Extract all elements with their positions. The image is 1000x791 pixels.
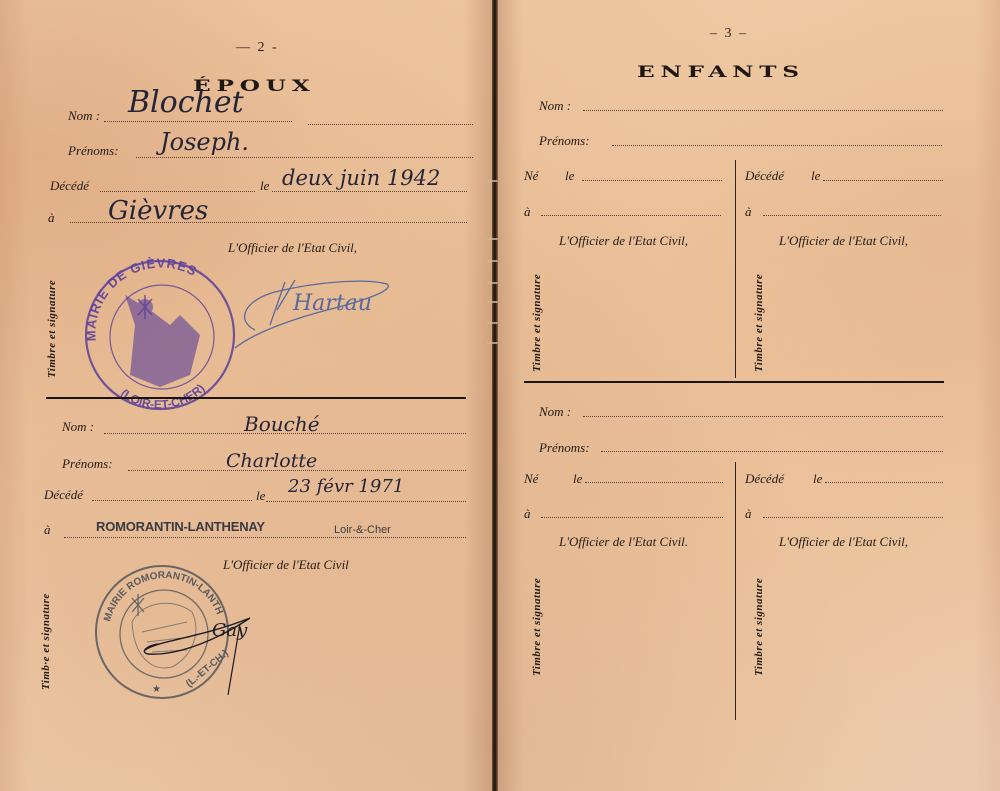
- prenoms-line: [601, 451, 943, 452]
- nom-line-2: [308, 124, 473, 125]
- a-label: à: [44, 522, 51, 538]
- livret-de-famille-spread: — 2 - ÉPOUX Nom : Blochet Prénoms: Josep…: [0, 0, 1000, 791]
- ne-a-label: à: [524, 506, 531, 522]
- ne-le-label: le: [573, 471, 582, 487]
- nom-label: Nom :: [539, 98, 571, 114]
- place-line: [64, 537, 466, 538]
- birth-place-line: [541, 517, 723, 518]
- wife-death-place: ROMORANTIN-LANTHENAY: [96, 519, 265, 534]
- decede-line: [92, 500, 252, 501]
- death-place-line: [763, 215, 941, 216]
- birth-date-line: [582, 180, 722, 181]
- husband-firstname: Joseph.: [160, 128, 249, 156]
- ne-a-label: à: [524, 204, 531, 220]
- stamp-side-label-left: Timbre et signature: [531, 578, 543, 676]
- right-page: – 3 – ENFANTS Nom : Prénoms: Né le Décéd…: [497, 0, 1000, 791]
- stamp-side-label-right: Timbre et signature: [753, 274, 765, 372]
- officer-label: L'Officier de l'Etat Civil: [223, 557, 349, 573]
- left-page: — 2 - ÉPOUX Nom : Blochet Prénoms: Josep…: [0, 0, 493, 791]
- nom-line: [104, 121, 292, 122]
- decede-line: [100, 191, 255, 192]
- date-line: [272, 191, 467, 192]
- death-date-line: [825, 482, 943, 483]
- column-divider: [735, 160, 736, 378]
- decede-le-label: le: [813, 471, 822, 487]
- prenoms-line: [612, 145, 942, 146]
- decede-label: Décédé: [745, 168, 784, 184]
- signature-text: Hartau: [292, 291, 372, 316]
- decede-label: Décédé: [50, 178, 89, 194]
- husband-death-place: Gièvres: [108, 196, 208, 226]
- stamp-side-label: Timbre et signature: [46, 280, 58, 378]
- page-number: — 2 -: [236, 40, 279, 56]
- stamp-side-label-left: Timbre et signature: [531, 274, 543, 372]
- signature-hartau-icon: Hartau: [215, 270, 395, 350]
- death-date-line: [823, 180, 943, 181]
- decede-a-label: à: [745, 204, 752, 220]
- officer-left-label: L'Officier de l'Etat Civil.: [559, 534, 688, 550]
- husband-surname: Blochet: [128, 85, 244, 120]
- prenoms-label: Prénoms:: [68, 143, 119, 159]
- wife-surname: Bouché: [244, 412, 320, 436]
- nom-label: Nom :: [539, 404, 571, 420]
- prenoms-line: [136, 157, 473, 158]
- ne-label: Né: [524, 168, 538, 184]
- wife-death-date: 23 févr 1971: [288, 476, 404, 497]
- signature-text: Gay: [212, 620, 248, 641]
- nom-label: Nom :: [62, 419, 94, 435]
- prenoms-label: Prénoms:: [539, 440, 590, 456]
- ne-label: Né: [524, 471, 538, 487]
- nom-label: Nom :: [68, 108, 100, 124]
- officer-right-label: L'Officier de l'Etat Civil,: [779, 233, 908, 249]
- signature-gay-icon: Gay: [140, 610, 260, 700]
- date-line: [266, 501, 466, 502]
- officer-label: L'Officier de l'Etat Civil,: [228, 240, 357, 256]
- prenoms-label: Prénoms:: [539, 133, 590, 149]
- officer-left-label: L'Officier de l'Etat Civil,: [559, 233, 688, 249]
- section-heading-enfants: ENFANTS: [637, 62, 805, 81]
- decede-le-label: le: [811, 168, 820, 184]
- column-divider: [735, 462, 736, 720]
- birth-date-line: [585, 482, 723, 483]
- officer-right-label: L'Officier de l'Etat Civil,: [779, 534, 908, 550]
- ne-le-label: le: [565, 168, 574, 184]
- section-divider: [524, 381, 944, 383]
- death-place-line: [763, 517, 943, 518]
- a-label: à: [48, 210, 55, 226]
- decede-label: Décédé: [44, 487, 83, 503]
- nom-line: [583, 110, 943, 111]
- le-label: le: [256, 488, 265, 504]
- stamp-side-label: Timb·e et signature: [40, 593, 52, 690]
- stamp-side-label-right: Timbre et signature: [753, 578, 765, 676]
- decede-label: Décédé: [745, 471, 784, 487]
- le-label: le: [260, 178, 269, 194]
- prenoms-label: Prénoms:: [62, 456, 113, 472]
- wife-death-region: Loir-&-Cher: [334, 524, 391, 536]
- decede-a-label: à: [745, 506, 752, 522]
- wife-firstname: Charlotte: [226, 450, 317, 472]
- section-divider: [46, 397, 466, 399]
- nom-line: [583, 416, 943, 417]
- husband-death-date: deux juin 1942: [282, 166, 440, 190]
- birth-place-line: [541, 215, 721, 216]
- page-number: – 3 –: [710, 26, 748, 42]
